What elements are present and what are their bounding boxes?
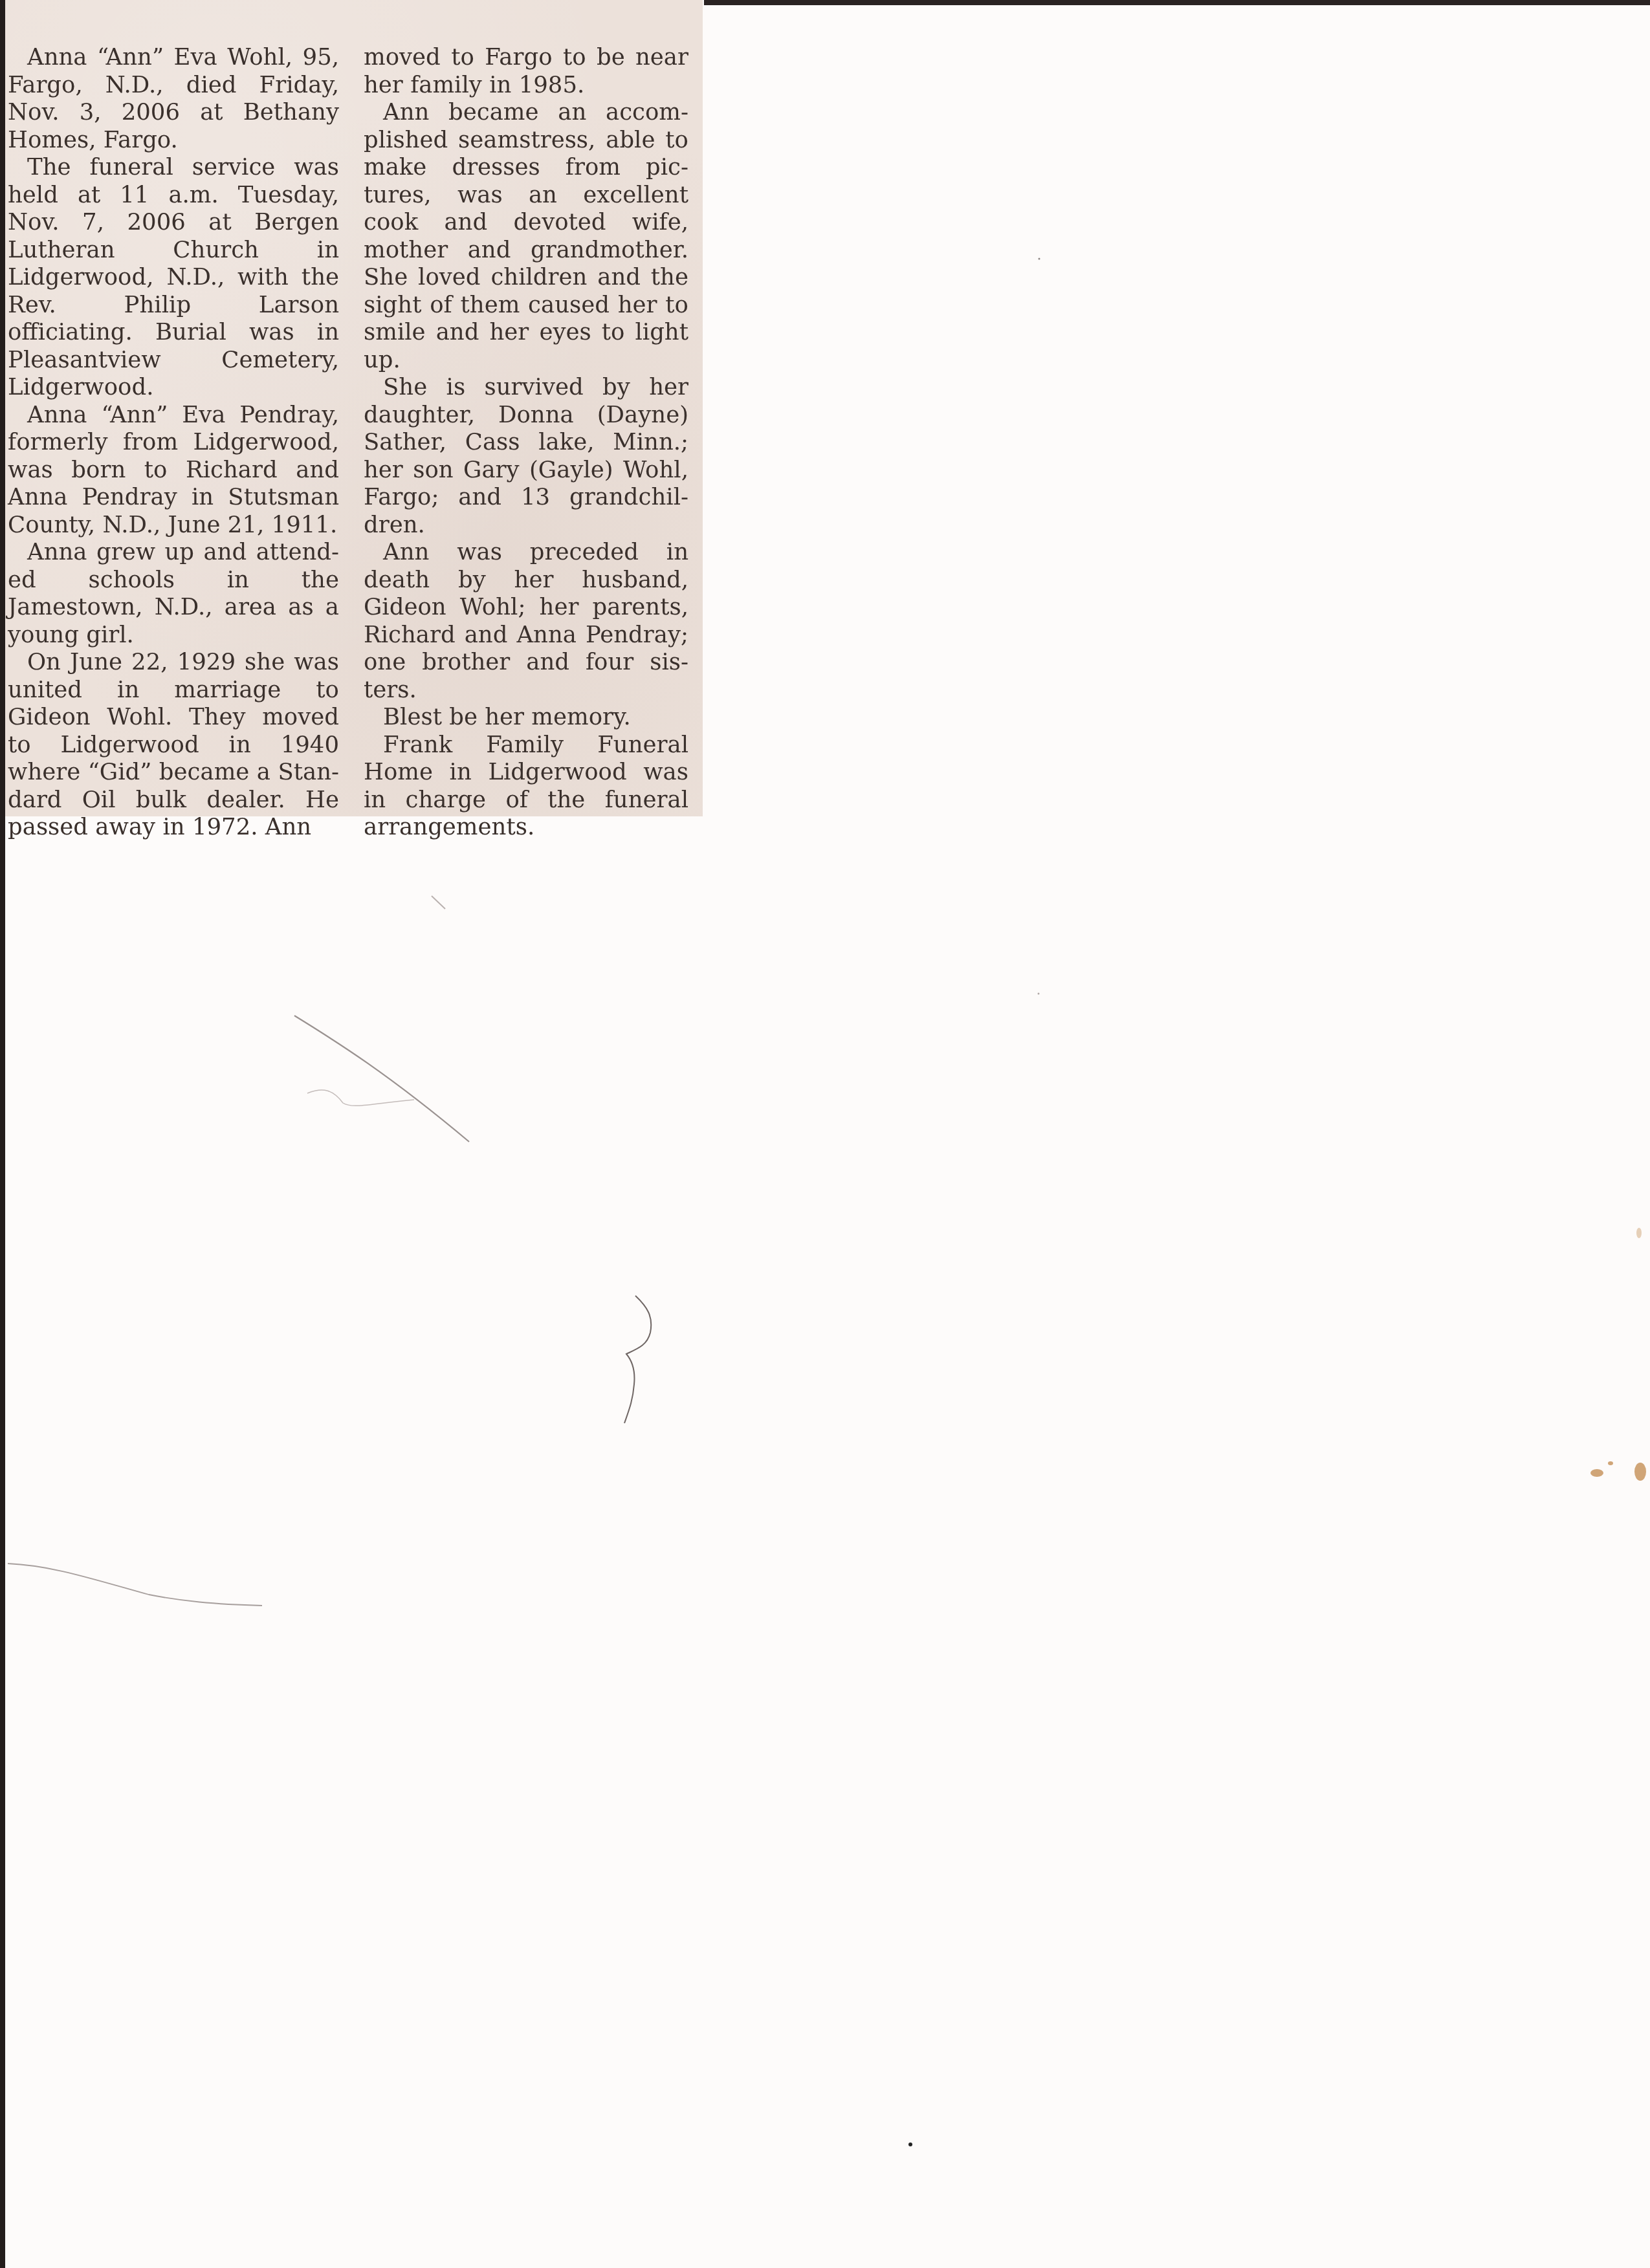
hair-strand-horizontal-icon: [8, 1564, 262, 1606]
paragraph-childhood: Anna grew up and attend­ed schools in th…: [8, 539, 339, 649]
paragraph-survivors: She is survived by her daughter, Donna (…: [364, 374, 688, 539]
scanner-edge-top: [704, 0, 1650, 5]
hair-strand-diagonal-icon: [294, 1016, 469, 1142]
paragraph-marriage: On June 22, 1929 she was united in marri…: [8, 649, 339, 842]
paragraph-birth: Anna “Ann” Eva Pendray, formerly from Li…: [8, 402, 339, 540]
scanner-edge-left: [0, 0, 5, 2268]
paragraph-marriage-continued: moved to Fargo to be near her family in …: [364, 44, 688, 99]
paragraph-preceded: Ann was preceded in death by her husband…: [364, 539, 688, 704]
paragraph-life: Ann became an accom­plished seamstress, …: [364, 99, 688, 374]
stain-spots-icon: [1590, 1228, 1646, 1481]
paragraph-funeral-service: The funeral service was held at 11 a.m. …: [8, 154, 339, 402]
scratch-mark-icon: [432, 896, 445, 909]
hair-strand-curl-icon: [624, 1296, 651, 1423]
paragraph-funeral-home: Frank Family Funeral Home in Lidgerwood …: [364, 732, 688, 842]
clipping-column-left: Anna “Ann” Eva Wohl, 95, Fargo, N.D., di…: [5, 44, 342, 816]
obituary-clipping: Anna “Ann” Eva Wohl, 95, Fargo, N.D., di…: [5, 0, 703, 816]
paragraph-blessing: Blest be her memory.: [364, 704, 688, 732]
dust-speck-icon: [908, 258, 1040, 2147]
paragraph-death-notice: Anna “Ann” Eva Wohl, 95, Fargo, N.D., di…: [8, 44, 339, 154]
hair-strand-wavy-icon: [307, 1090, 414, 1106]
clipping-column-right: moved to Fargo to be near her family in …: [342, 44, 691, 816]
